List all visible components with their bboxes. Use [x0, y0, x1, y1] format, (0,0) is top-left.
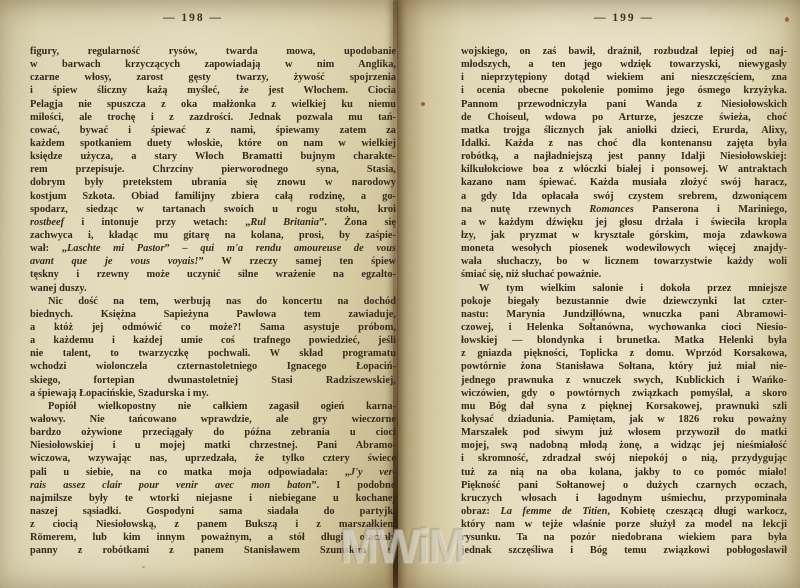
- text-line: robótką, a najładniejszą jest panny Idal…: [461, 150, 787, 163]
- text-line: a gdy Ida opłacała swój czystem srebrem,…: [461, 190, 787, 203]
- text-line: Pannom przewodniczyła pani Wanda z Niesi…: [461, 98, 787, 111]
- text-line: Nic dość na tem, werbują nas do koncertu…: [30, 295, 396, 308]
- text-line: jednego prawnuka z wnuczek swych, Kublic…: [461, 374, 787, 387]
- text-line: rostbeef i intonuje przy wetach: „Rul Br…: [30, 216, 396, 229]
- text-line: łzy, jak pryzmat w krysztale górskim, mo…: [461, 229, 787, 242]
- text-line: matka trojga ślicznych jak aniołki dziec…: [461, 124, 787, 137]
- text-line: wojskiego, on zaś bawił, drażnił, rozbud…: [461, 45, 787, 58]
- text-line: a któż jej odmówić co może?! Sama asystu…: [30, 321, 396, 334]
- text-line: kruczych włosach i łagodnym uśmiechu, pr…: [461, 492, 787, 505]
- text-line: dobrym były pretekstem ubrania się znowu…: [30, 176, 396, 189]
- text-line: i nieprzytępiony dotąd wiekiem ani niesz…: [461, 71, 787, 84]
- page-199-text: wojskiego, on zaś bawił, drażnił, rozbud…: [461, 45, 787, 557]
- text-line: tuż za nią na oba kolana, jakby to co po…: [461, 466, 787, 479]
- text-line: kilkułokciowe boa z włóczki białej i pon…: [461, 163, 787, 176]
- text-line: powtórnie żona Stanisława Sołtana, który…: [461, 360, 787, 373]
- text-line: rais assez clair pour venir avec mon bat…: [30, 479, 396, 492]
- text-line: kostjum Szkota. Obiad familijny zbiera c…: [30, 190, 396, 203]
- page-199-column: — 199 — wojskiego, on zaś bawił, drażnił…: [461, 12, 787, 557]
- text-line: Idalki. Każda z nas choć dla kontenansu …: [461, 137, 787, 150]
- text-line: mojej, swą nadobną młodą żonę, a widząc …: [461, 439, 787, 452]
- text-line: figury, regularność rysów, twarda mowa, …: [30, 45, 396, 58]
- paper-speck: [142, 566, 145, 568]
- text-line: biednych. Księżna Sapieżyna Pawłowa tem …: [30, 308, 396, 321]
- text-line: nastu: Marynia Jundziłłówna, wnuczka pan…: [461, 308, 787, 321]
- text-line: a w każdym dźwięku jej głosu drżała i św…: [461, 216, 787, 229]
- text-line: wiczówien, gdy o powtórnych związkach po…: [461, 387, 787, 400]
- text-line: wałowy. Nie tańcowano wprawdzie, ale gry…: [30, 413, 396, 426]
- page-number-198: — 198 —: [10, 12, 376, 25]
- text-line: pali u siebie, na co matka moja odpowiad…: [30, 466, 396, 479]
- text-line: miłości, ale trochę i z zazdrości. Jedna…: [30, 111, 396, 124]
- text-line: kazano nam śpiewać. Każda musiała złożyć…: [461, 176, 787, 189]
- text-line: w barwach krzyczących zapowiadają w nim …: [30, 58, 396, 71]
- paper-speck: [421, 102, 425, 106]
- text-line: i ocenia obecne pokolenie pomimo jego ós…: [461, 84, 787, 97]
- text-line: wiczowa, wzywając nas, uprzedzała, że ty…: [30, 452, 396, 465]
- text-line: moneta wesołych piosenek wodewilowych wi…: [461, 242, 787, 255]
- text-line: cować, bywać i śpiewać z nami, śpiewamy …: [30, 124, 396, 137]
- text-line: a śpiewają Łopacińskie, Szadurska i my.: [30, 387, 396, 400]
- text-line: który nam w tejże właśnie porze służył z…: [461, 518, 787, 531]
- text-line: Römerem, lub kim innym poważnym, a stół …: [30, 531, 396, 544]
- text-line: skiego, fortepian dwunastoletniej Stasi …: [30, 374, 396, 387]
- text-line: rysunku. Ta na pozór niedobrana wiekiem …: [461, 531, 787, 544]
- paper-speck: [785, 17, 789, 22]
- page-number-199: — 199 —: [461, 12, 787, 25]
- text-line: tęskny i rzewny może uczynić silne wraże…: [30, 268, 396, 281]
- text-line: W tym wielkim salonie i dokoła przez mni…: [461, 282, 787, 295]
- book-scan: — 198 — figury, regularność rysów, tward…: [0, 0, 800, 588]
- text-line: Marszałek pod siwym już włosem przywoził…: [461, 426, 787, 439]
- text-line: najmilsze były te wtorki niejasne i nieb…: [30, 492, 396, 505]
- text-line: czarne włosy, zarost gęsty twarzy, żywoś…: [30, 71, 396, 84]
- text-line: wchodzi wiolonczela czternastoletniego I…: [30, 360, 396, 373]
- text-line: śmiać się, niż słuchać poważnie.: [461, 268, 787, 281]
- text-line: bardzo ożywione przeciągały do późna zeb…: [30, 426, 396, 439]
- text-line: księdze użycza, a stary Włoch Bramatti b…: [30, 150, 396, 163]
- text-line: każdem spotkaniem duety włoskie, które o…: [30, 137, 396, 150]
- text-line: wała słuchaczy, bo w licznem towarzystwi…: [461, 255, 787, 268]
- text-line: de Choiseul, wdowa po Arturze, jeszcze ś…: [461, 111, 787, 124]
- text-line: obraz: La femme de Titien, Kobietę czesz…: [461, 505, 787, 518]
- text-line: nie talent, to twarzyczkę pochwali. W sk…: [30, 347, 396, 360]
- text-line: Piękność pani Sołtanowej o dużych czarny…: [461, 479, 787, 492]
- text-line: z ciocią Niesiołowską, z panem Bukszą i …: [30, 518, 396, 531]
- page-198-text: figury, regularność rysów, twarda mowa, …: [30, 45, 396, 557]
- text-line: łowskiej — blondynka i brunetka. Matka H…: [461, 334, 787, 347]
- text-line: jednak szczęśliwa i Bóg temu związkowi p…: [461, 544, 787, 557]
- text-line: Niesiołowskiej i u mojej matki chrzestne…: [30, 439, 396, 452]
- text-line: Popiół wielkopostny nie całkiem zagasił …: [30, 400, 396, 413]
- text-line: z gniazda piękności, Toplicka z domu. Wp…: [461, 347, 787, 360]
- text-line: młodszych, a ten jego wdzięk towarzyski,…: [461, 58, 787, 71]
- text-line: wanej duszy.: [30, 282, 396, 295]
- text-line: zachwyca i, kładąc mu gitarę na kolana, …: [30, 229, 396, 242]
- text-line: i śpiew śliczny każą myśleć, że jest Wło…: [30, 84, 396, 97]
- text-line: avant que je vous voyais!” W rzeczy same…: [30, 255, 396, 268]
- text-line: a każdemu i każdej umie coś trafnego pow…: [30, 334, 396, 347]
- text-line: rem przepisuje. Chrzciny pierworodnego s…: [30, 163, 396, 176]
- text-line: mu Bóg dał syna z pięknej Korsakowej, pr…: [461, 400, 787, 413]
- text-line: czowej, i Helenka Sołtanówna, wychowanka…: [461, 321, 787, 334]
- text-line: spodarz, siedząc w tartanach swoich u ro…: [30, 203, 396, 216]
- page-198-column: — 198 — figury, regularność rysów, tward…: [30, 12, 396, 557]
- paper-speck: [592, 318, 595, 321]
- text-line: pokoje biegały bezustannie dwie dziewczy…: [461, 295, 787, 308]
- text-line: kołysać dziadunia. Pamiętam, jak w 1826 …: [461, 413, 787, 426]
- text-line: Pelagja nie spuszcza z oka małżonka z wi…: [30, 98, 396, 111]
- text-line: wał: „Laschte mi Pastor” – qui m'a rendu…: [30, 242, 396, 255]
- text-line: naszej sąsiadki. Gospodyni sama siadała …: [30, 505, 396, 518]
- text-line: na nutę rzewnych Romances Panserona i Ma…: [461, 203, 787, 216]
- text-line: panny z robótkami z panem Stanisławem Sz…: [30, 544, 396, 557]
- text-line: i skromność, zdradzał swój niepokój o ni…: [461, 452, 787, 465]
